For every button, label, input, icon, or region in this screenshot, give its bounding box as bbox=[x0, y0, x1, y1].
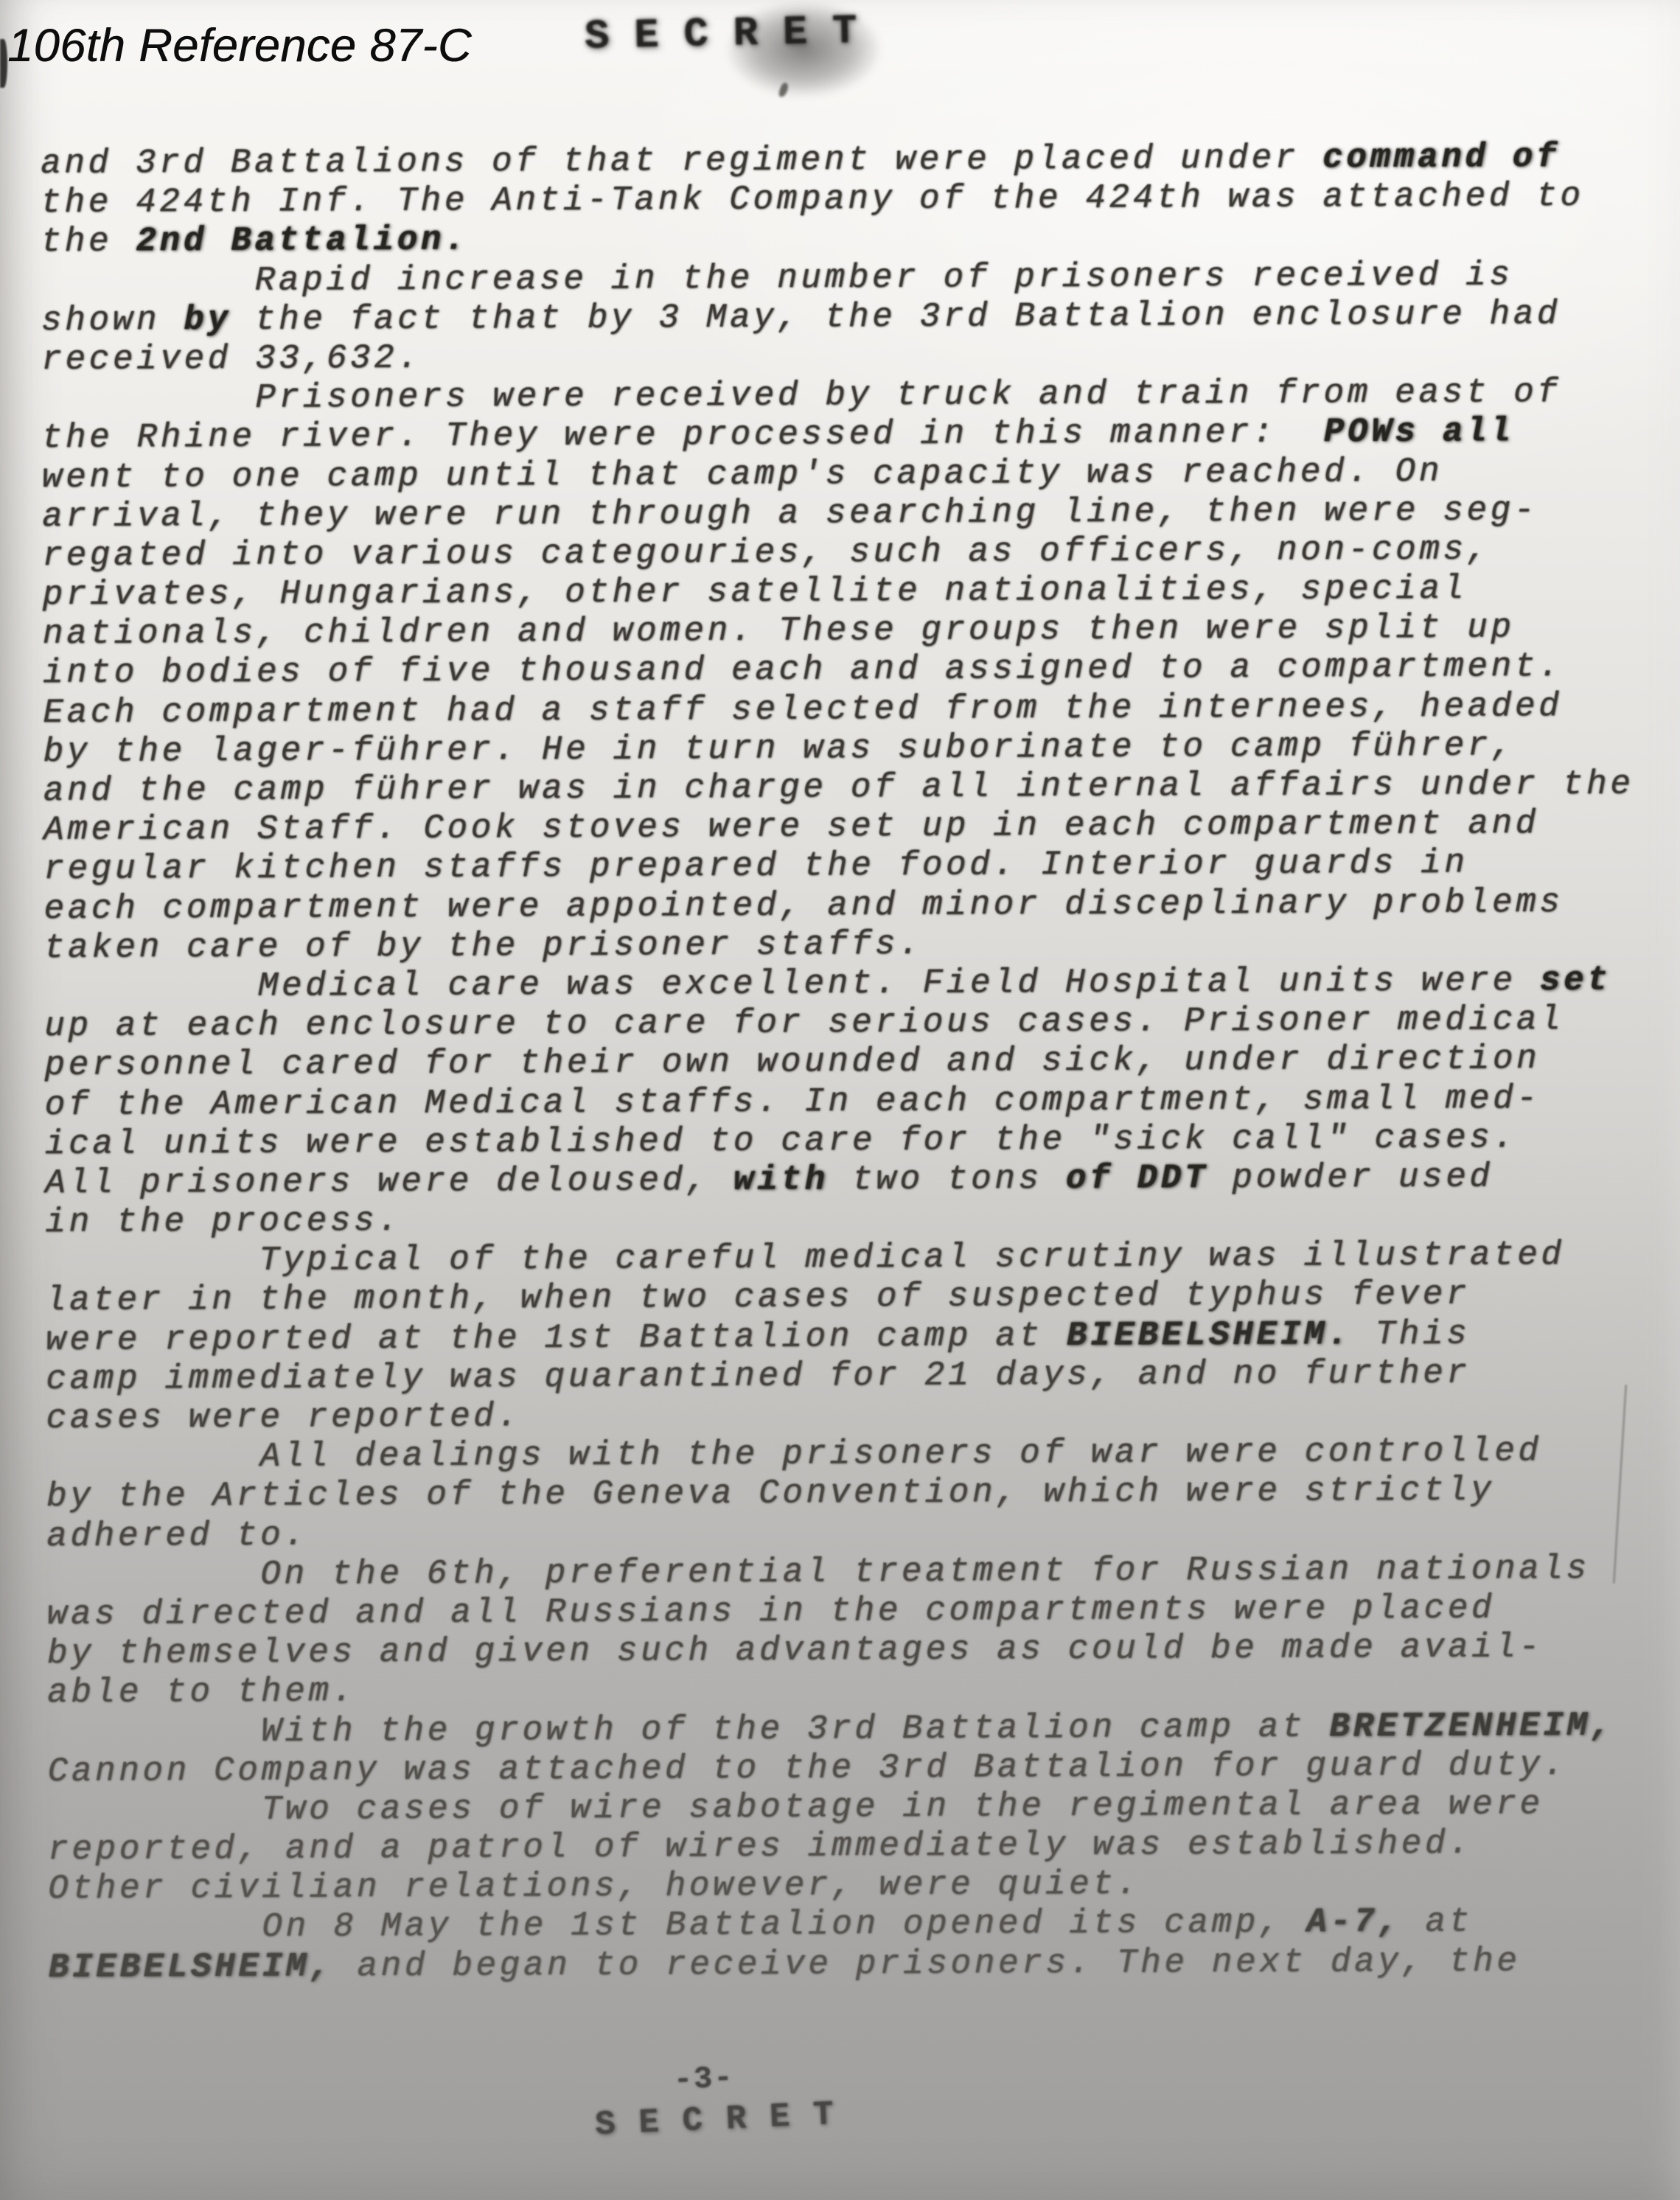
text-line: of the American Medical staffs. In each … bbox=[45, 1079, 1636, 1125]
text-line: Each compartment had a staff selected fr… bbox=[43, 686, 1634, 733]
text-line: the 424th Inf. The Anti-Tank Company of … bbox=[41, 177, 1631, 223]
secret-stamp-bottom: S E C R E T bbox=[594, 2096, 817, 2144]
text-line: American Staff. Cook stoves were set up … bbox=[43, 804, 1634, 851]
text-line: taken care of by the prisoner staffs. bbox=[44, 922, 1635, 968]
text-line: able to them. bbox=[47, 1667, 1638, 1713]
text-line: and the camp führer was in charge of all… bbox=[43, 765, 1634, 812]
text-line: ical units were established to care for … bbox=[45, 1118, 1636, 1164]
text-line: Two cases of wire sabotage in the regime… bbox=[48, 1784, 1639, 1831]
text-line: later in the month, when two cases of su… bbox=[46, 1275, 1637, 1321]
text-line: regular kitchen staffs prepared the food… bbox=[43, 843, 1634, 890]
text-line: arrival, they were run through a searchi… bbox=[42, 490, 1633, 537]
scan-artifact-edge-mark bbox=[0, 39, 7, 88]
document-page: 106th Reference 87-C S E C R E T and 3rd… bbox=[0, 0, 1680, 2200]
text-line: On 8 May the 1st Battalion opened its ca… bbox=[48, 1902, 1639, 1949]
text-line: was directed and all Russians in the com… bbox=[47, 1589, 1638, 1635]
text-line: shown by the fact that by 3 May, the 3rd… bbox=[41, 294, 1632, 341]
text-line: were reported at the 1st Battalion camp … bbox=[46, 1314, 1637, 1360]
text-line: All dealings with the prisoners of war w… bbox=[46, 1432, 1637, 1478]
text-line: Rapid increase in the number of prisoner… bbox=[41, 255, 1632, 302]
text-line: Typical of the careful medical scrutiny … bbox=[45, 1236, 1636, 1282]
text-line: Medical care was excellent. Field Hospit… bbox=[44, 961, 1635, 1008]
text-line: up at each enclosure to care for serious… bbox=[44, 1000, 1635, 1047]
text-line: by the Articles of the Geneva Convention… bbox=[46, 1471, 1637, 1517]
text-line: reported, and a patrol of wires immediat… bbox=[48, 1824, 1639, 1870]
text-line: in the process. bbox=[45, 1197, 1636, 1243]
text-line: With the growth of the 3rd Battalion cam… bbox=[47, 1706, 1638, 1752]
text-line: regated into various categouries, such a… bbox=[42, 529, 1633, 576]
text-line: All prisoners were deloused, with two to… bbox=[45, 1157, 1636, 1203]
page-number: -3- bbox=[593, 2057, 815, 2102]
text-line: nationals, children and women. These gro… bbox=[43, 608, 1634, 655]
text-line: went to one camp until that camp's capac… bbox=[42, 451, 1633, 498]
secret-stamp-top: S E C R E T bbox=[584, 7, 857, 60]
text-line: On the 6th, preferential treatment for R… bbox=[46, 1549, 1637, 1595]
body-text: and 3rd Battalions of that regiment were… bbox=[41, 138, 1639, 1988]
text-line: personnel cared for their own wounded an… bbox=[44, 1040, 1635, 1086]
text-line: privates, Hungarians, other satellite na… bbox=[43, 569, 1634, 616]
text-line: by themselves and given such advantages … bbox=[47, 1628, 1638, 1674]
text-line: the 2nd Battalion. bbox=[41, 216, 1631, 262]
text-line: camp immediately was quarantined for 21 … bbox=[46, 1353, 1637, 1399]
text-line: Cannon Company was attached to the 3rd B… bbox=[48, 1745, 1639, 1792]
text-line: into bodies of five thousand each and as… bbox=[43, 647, 1634, 694]
text-line: Prisoners were received by truck and tra… bbox=[41, 373, 1632, 420]
text-line: adhered to. bbox=[46, 1510, 1637, 1556]
text-line: Other civilian relations, however, were … bbox=[48, 1863, 1639, 1910]
text-line: BIEBELSHEIM, and began to receive prison… bbox=[49, 1941, 1639, 1988]
text-line: cases were reported. bbox=[46, 1393, 1637, 1439]
reference-annotation: 106th Reference 87-C bbox=[7, 19, 472, 72]
text-line: received 33,632. bbox=[41, 334, 1632, 380]
text-line: and 3rd Battalions of that regiment were… bbox=[41, 138, 1631, 184]
text-line: each compartment were appointed, and min… bbox=[43, 883, 1634, 929]
text-line: the Rhine river. They were processed in … bbox=[42, 412, 1633, 459]
page-footer: -3- S E C R E T bbox=[593, 2057, 817, 2145]
text-line: by the lager-führer. He in turn was subo… bbox=[43, 725, 1634, 772]
